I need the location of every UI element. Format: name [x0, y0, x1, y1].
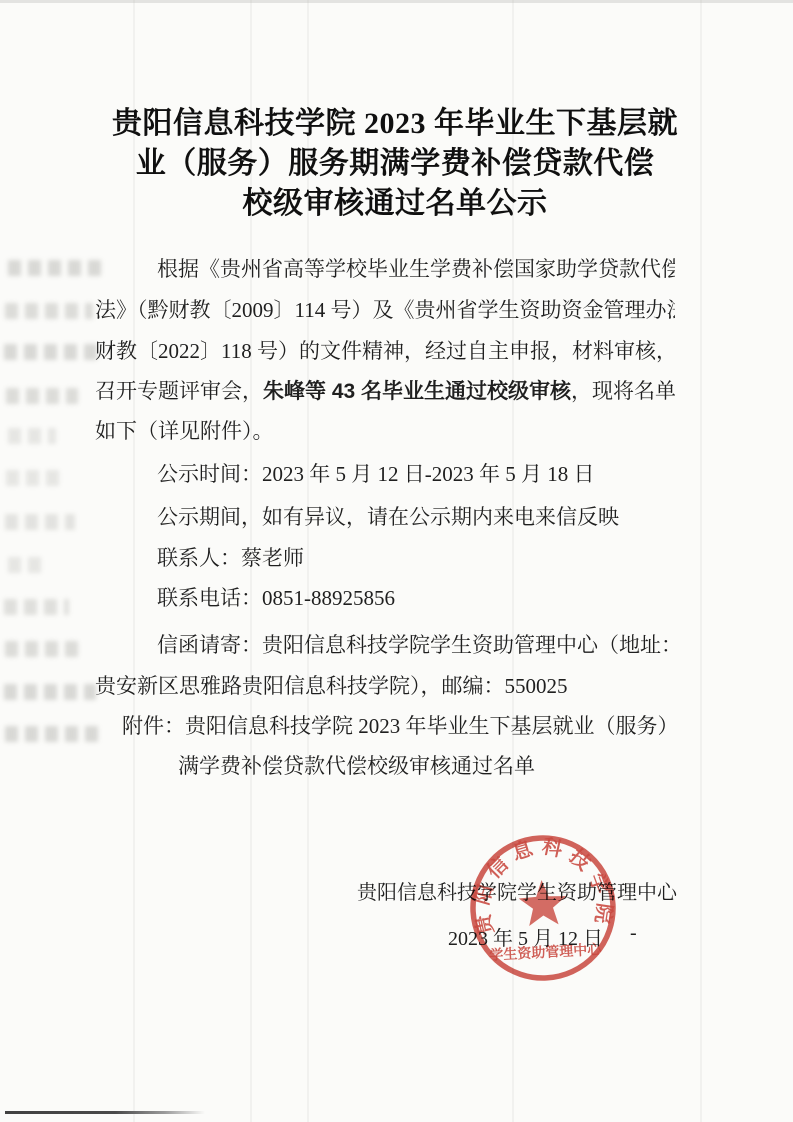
scan-streak [700, 0, 702, 1122]
title-line-1: 贵阳信息科技学院 2023 年毕业生下基层就 [95, 104, 695, 144]
bleed-through-mark [5, 641, 85, 657]
bleed-through-mark [6, 388, 78, 404]
seal-star-icon [518, 879, 568, 927]
body-line-4-post: ，现将名单公示 [571, 379, 675, 403]
body-line-4-bold: 朱峰等 43 名毕业生通过校级审核 [263, 380, 571, 403]
attachment-line-2: 满学费补偿贷款代偿校级审核通过名单 [95, 746, 675, 786]
bleed-through-mark [8, 260, 108, 276]
signature-dash-mark: - [630, 922, 637, 945]
bleed-through-mark [8, 428, 56, 444]
body-line-5: 如下（详见附件）。 [95, 411, 675, 451]
scan-edge-top [0, 0, 793, 3]
bleed-through-mark [8, 557, 48, 573]
body-line-2: 法》（黔财教〔2009〕114 号）及《贵州省学生资助资金管理办法》（黔 [95, 290, 675, 330]
attachment-line-1: 附件：贵阳信息科技学院 2023 年毕业生下基层就业（服务）服务期 [95, 706, 675, 746]
document-page: 贵阳信息科技学院 2023 年毕业生下基层就 业（服务）服务期满学费补偿贷款代偿… [0, 0, 793, 1122]
seal-graphic: 贵阳信息科技学院 学生资助管理中心 [464, 829, 622, 987]
mail-address-line-2: 贵安新区思雅路贵阳信息科技学院），邮编：550025 [95, 666, 675, 706]
body-line-4: 召开专题评审会，朱峰等 43 名毕业生通过校级审核，现将名单公示 [95, 371, 675, 411]
bleed-through-mark [5, 726, 103, 742]
bleed-through-mark [5, 303, 93, 319]
objection-note-line: 公示期间，如有异议，请在公示期内来电来信反映 [95, 497, 675, 537]
official-seal: 贵阳信息科技学院 学生资助管理中心 [464, 829, 622, 987]
publicity-time-line: 公示时间：2023 年 5 月 12 日-2023 年 5 月 18 日 [95, 454, 675, 494]
body-line-4-pre: 召开专题评审会， [95, 379, 263, 403]
title-line-2: 业（服务）服务期满学费补偿贷款代偿 [95, 144, 695, 184]
bleed-through-mark [6, 470, 66, 486]
notice-title: 贵阳信息科技学院 2023 年毕业生下基层就 业（服务）服务期满学费补偿贷款代偿… [95, 104, 695, 224]
bleed-through-mark [4, 344, 99, 360]
bleed-through-mark [5, 514, 75, 530]
bleed-through-mark [4, 684, 96, 700]
bleed-through-mark [4, 599, 69, 615]
contact-person-line: 联系人：蔡老师 [95, 538, 675, 578]
contact-phone-line: 联系电话：0851-88925856 [95, 578, 675, 618]
body-line-1: 根据《贵州省高等学校毕业生学费补偿国家助学贷款代偿暂行办 [95, 249, 675, 289]
scan-edge-bottom [5, 1111, 205, 1114]
title-line-3: 校级审核通过名单公示 [95, 184, 695, 224]
mail-address-line-1: 信函请寄：贵阳信息科技学院学生资助管理中心（地址：贵州省 [95, 625, 675, 665]
body-line-3: 财教〔2022〕118 号）的文件精神，经过自主申报，材料审核，学校 [95, 331, 675, 371]
